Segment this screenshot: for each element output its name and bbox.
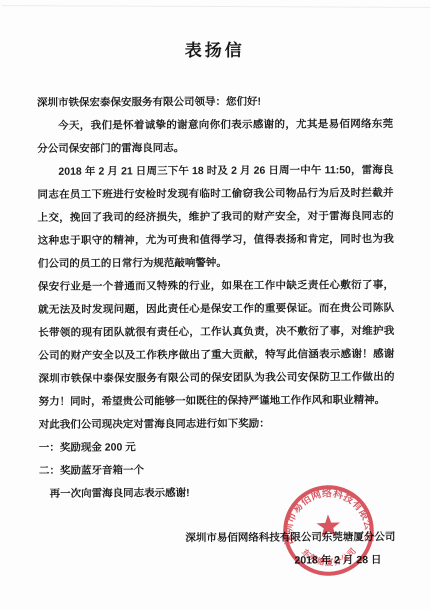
letter-page: 表扬信 深圳市铁保宏泰保安服务有限公司领导：您们好! 今天，我们是怀着诚挚的谢意…	[0, 0, 430, 609]
paragraph-incident: 2018 年 2 月 21 日周三下午 18 时及 2 月 26 日周一中午 1…	[37, 159, 394, 276]
svg-text:东莞塘厦分公司: 东莞塘厦分公司	[300, 545, 359, 568]
stamp-star-icon	[316, 514, 340, 537]
reward-item-2: 二：奖励蓝牙音箱一个	[39, 458, 395, 483]
letter-title: 表扬信	[37, 39, 393, 63]
paragraph-industry: 保安行业是一个普通而又特殊的行业，如果在工作中缺乏责任心敷衍了事，就无法及时发现…	[38, 274, 395, 414]
salutation-line: 深圳市铁保宏泰保安服务有限公司领导：您们好!	[37, 90, 393, 115]
reward-item-1: 一：奖励现金 200 元	[39, 435, 395, 460]
company-stamp: 深圳市易佰网络科技有限公司 东莞塘厦分公司	[279, 481, 377, 579]
decision-line: 对此我们公司现决定对雷海良同志进行如下奖励：	[39, 412, 395, 437]
paragraph-thanks: 今天，我们是怀着诚挚的谢意向你们表示感谢的，尤其是易佰网络东莞分公司保安部门的雷…	[37, 113, 393, 161]
letter-body: 深圳市铁保宏泰保安服务有限公司领导：您们好! 今天，我们是怀着诚挚的谢意向你们表…	[37, 90, 395, 506]
stamp-bottom-text: 东莞塘厦分公司	[300, 545, 359, 568]
